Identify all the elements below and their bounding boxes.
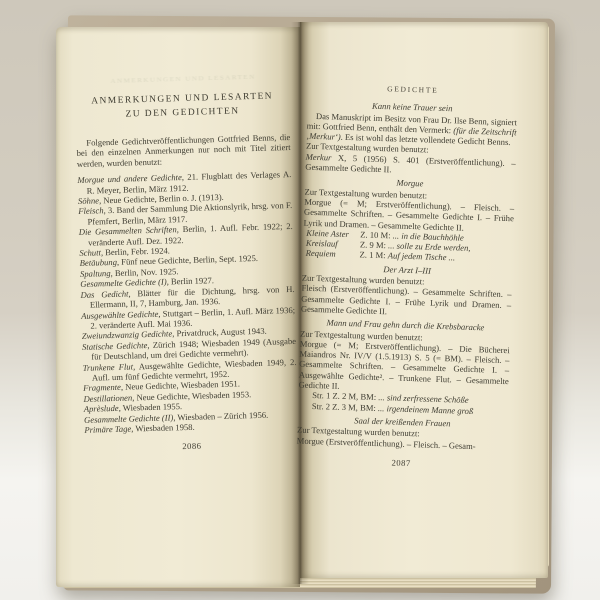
- left-page-text: ANMERKUNGEN UND LESARTEN ZU DEN GEDICHTE…: [75, 90, 299, 455]
- right-page-text: GEDICHTE Kann keine Trauer seinDas Manus…: [296, 82, 518, 472]
- work-title: Söhne: [78, 195, 99, 206]
- work-title: Fragmente: [83, 382, 121, 393]
- work-title: Fleisch: [78, 206, 104, 217]
- roman-text: Morgue (= M; Erstveröffentlichung). – Fl…: [303, 197, 514, 233]
- roman-text: Z. 1 M:: [359, 250, 387, 261]
- work-title: Aprèslude: [84, 403, 119, 414]
- roman-text: Z. 10 M:: [360, 229, 393, 240]
- work-details: , Wiesbaden – Zürich 1956.: [173, 409, 268, 422]
- work-title: Betäubung: [80, 257, 117, 268]
- apparatus-line: Fleisch (Erstveröffentlichung). – Gesamm…: [301, 283, 512, 320]
- book-photo: ANMERKUNGEN UND LESARTEN ANMERKUNGEN UND…: [0, 0, 600, 600]
- bibliography-list: Morgue und andere Gedichte, 21. Flugblat…: [77, 169, 298, 435]
- roman-text: Fleisch (Erstveröffentlichung). – Gesamm…: [301, 283, 512, 316]
- apparatus-line: Morgue (= M; Erstveröffentlichung). – Di…: [298, 338, 510, 396]
- chapter-title: ANMERKUNGEN UND LESARTEN ZU DEN GEDICHTE…: [75, 90, 290, 123]
- italic-text: Auf jedem Tische ...: [388, 251, 456, 263]
- annotation-sections: Kann keine Trauer seinDas Manuskript im …: [297, 99, 518, 452]
- chapter-title-line2: ZU DEN GEDICHTEN: [125, 106, 239, 119]
- italic-text: ... irgendeinem Manne groß: [378, 403, 474, 416]
- work-title: Schutt: [79, 247, 101, 258]
- annotation-section: Saal der kreißenden FrauenZur Textgestal…: [297, 413, 508, 451]
- work-details: , Wiesbaden 1958.: [131, 422, 195, 434]
- lemma: Requiem: [302, 248, 359, 260]
- roman-text: Str. 2 Z. 3 M, BM:: [312, 401, 378, 413]
- annotation-section: Kann keine Trauer seinDas Manuskript im …: [305, 99, 517, 179]
- intro-paragraph: Folgende Gedichtveröffentlichungen Gottf…: [76, 132, 291, 169]
- italic-text: Merkur: [306, 151, 332, 162]
- open-book: ANMERKUNGEN UND LESARTEN ANMERKUNGEN UND…: [56, 13, 548, 585]
- roman-text: Morgue (= M; Erstveröffentlichung). – Di…: [298, 338, 510, 390]
- work-title: Primäre Tage: [84, 424, 131, 435]
- annotation-section: Mann und Frau gehn durch die Krebsbarack…: [298, 317, 511, 417]
- annotation-section: Der Arzt I–IIIZur Textgestaltung wurden …: [301, 261, 513, 320]
- annotation-section: MorgueZur Textgestaltung wurden benutzt:…: [302, 175, 515, 265]
- work-title: Spaltung: [80, 268, 111, 279]
- roman-text: Z. 9 M:: [360, 240, 388, 251]
